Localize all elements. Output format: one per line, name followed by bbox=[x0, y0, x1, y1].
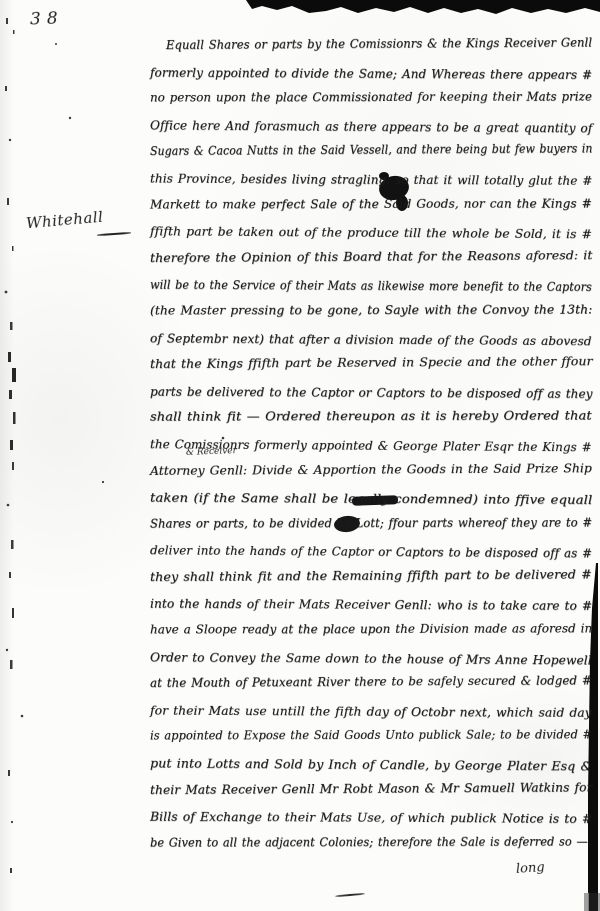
manuscript-line: be Given to all the adjacent Colonies; t… bbox=[150, 832, 592, 859]
manuscript-line: shall think fit — Ordered thereupon as i… bbox=[150, 406, 592, 433]
manuscript-line: this Province, besides living stragling,… bbox=[150, 167, 592, 194]
manuscript-page: 38 Whitehall Equall Shares or parts by t… bbox=[0, 0, 600, 911]
manuscript-line: Markett to make perfect Sale of the Said… bbox=[150, 194, 592, 221]
manuscript-line: have a Sloope ready at the place upon th… bbox=[150, 619, 592, 646]
closing-dash bbox=[335, 893, 365, 898]
catchword: long bbox=[516, 860, 546, 877]
line-text: (the Master pressing to be gone, to Sayl… bbox=[150, 302, 592, 317]
line-text: this Province, besides living stragling,… bbox=[150, 172, 593, 188]
line-text: into the hands of their Mats Receiver Ge… bbox=[150, 597, 592, 613]
line-text: is appointed to Expose the Said Goods Un… bbox=[150, 728, 592, 743]
manuscript-line: Order to Convey the Same down to the hou… bbox=[150, 646, 592, 673]
line-text: of Septembr next) that after a division … bbox=[150, 331, 592, 348]
line-text: Office here And forasmuch as there appea… bbox=[150, 118, 592, 135]
margin-note-flourish-line bbox=[97, 232, 131, 236]
line-text: Equall Shares or parts by the Comissionr… bbox=[166, 35, 592, 52]
manuscript-line: Equall Shares or parts by the Comissionr… bbox=[150, 34, 592, 61]
manuscript-line: ffifth part be taken out of the produce … bbox=[150, 220, 592, 247]
line-text: Attorney Genll: Divide & Apportion the G… bbox=[150, 461, 592, 478]
manuscript-line: formerly appointed to divide the Same; A… bbox=[150, 61, 592, 88]
scan-corner-bottom-right bbox=[584, 893, 600, 911]
line-text: at the Mouth of Petuxeant River there to… bbox=[150, 674, 592, 691]
manuscript-line: therefore the Opinion of this Board that… bbox=[150, 247, 592, 274]
line-text: Bills of Exchange to their Mats Use, of … bbox=[150, 810, 592, 826]
manuscript-line: into the hands of their Mats Receiver Ge… bbox=[150, 592, 592, 619]
manuscript-line: Sugars & Cacoa Nutts in the Said Vessell… bbox=[150, 140, 592, 167]
line-text: they shall think fit and the Remaining f… bbox=[150, 567, 592, 584]
line-text: Shares or parts, to be divided by Lott; … bbox=[150, 515, 592, 530]
manuscript-line: of Septembr next) that after a division … bbox=[150, 327, 592, 354]
manuscript-line: Office here And forasmuch as there appea… bbox=[150, 114, 592, 141]
manuscript-line: will be to the Service of their Mats as … bbox=[150, 273, 592, 300]
line-text: taken (if the Same shall be legally cond… bbox=[150, 491, 592, 507]
line-text: that the Kings ffifth part be Reserved i… bbox=[150, 354, 593, 371]
margin-note: Whitehall bbox=[25, 208, 104, 233]
manuscript-line: for their Mats use untill the fifth day … bbox=[150, 699, 592, 726]
line-text: formerly appointed to divide the Same; A… bbox=[150, 65, 592, 81]
line-text: for their Mats use untill the fifth day … bbox=[150, 703, 592, 719]
manuscript-line: taken (if the Same shall be legally cond… bbox=[150, 486, 592, 513]
manuscript-line: Bills of Exchange to their Mats Use, of … bbox=[150, 805, 592, 832]
manuscript-line: is appointed to Expose the Said Goods Un… bbox=[150, 725, 592, 752]
line-text: will be to the Service of their Mats as … bbox=[150, 278, 592, 294]
line-text: deliver into the hands of the Captor or … bbox=[150, 544, 592, 561]
manuscript-line: they shall think fit and the Remaining f… bbox=[150, 566, 592, 593]
page-number: 38 bbox=[30, 8, 64, 29]
interlineation-note: & Receiver bbox=[186, 446, 237, 458]
manuscript-line: at the Mouth of Petuxeant River there to… bbox=[150, 672, 592, 699]
manuscript-line: (the Master pressing to be gone, to Sayl… bbox=[150, 300, 592, 327]
line-text: Sugars & Cacoa Nutts in the Said Vessell… bbox=[150, 142, 593, 159]
line-text: their Mats Receiver Genll Mr Robt Mason … bbox=[150, 780, 593, 797]
manuscript-line: put into Lotts and Sold by Inch of Candl… bbox=[150, 752, 592, 779]
manuscript-line: that the Kings ffifth part be Reserved i… bbox=[150, 353, 592, 380]
manuscript-line: parts be delivered to the Captor or Capt… bbox=[150, 380, 592, 407]
line-text: put into Lotts and Sold by Inch of Candl… bbox=[150, 756, 592, 773]
manuscript-line: their Mats Receiver Genll Mr Robt Mason … bbox=[150, 779, 592, 806]
line-text: no person upon the place Commissionated … bbox=[150, 90, 592, 105]
line-text: ffifth part be taken out of the produce … bbox=[150, 224, 592, 241]
line-text: Order to Convey the Same down to the hou… bbox=[150, 650, 592, 667]
manuscript-line: Shares or parts, to be divided by Lott; … bbox=[150, 513, 592, 540]
line-text: therefore the Opinion of this Board that… bbox=[150, 248, 593, 265]
manuscript-line: deliver into the hands of the Captor or … bbox=[150, 539, 592, 566]
manuscript-line: no person upon the place Commissionated … bbox=[150, 87, 592, 114]
line-text: be Given to all the adjacent Colonies; t… bbox=[150, 834, 591, 849]
line-text: Markett to make perfect Sale of the Said… bbox=[150, 196, 592, 211]
line-text: shall think fit — Ordered thereupon as i… bbox=[150, 409, 592, 424]
manuscript-line: Attorney Genll: Divide & Apportion the G… bbox=[150, 460, 592, 487]
line-text: parts be delivered to the Captor or Capt… bbox=[150, 384, 593, 400]
scan-corner-bottom-right-dark bbox=[589, 893, 598, 911]
torn-edge-top bbox=[246, 0, 600, 14]
line-text: have a Sloope ready at the place upon th… bbox=[150, 622, 592, 637]
